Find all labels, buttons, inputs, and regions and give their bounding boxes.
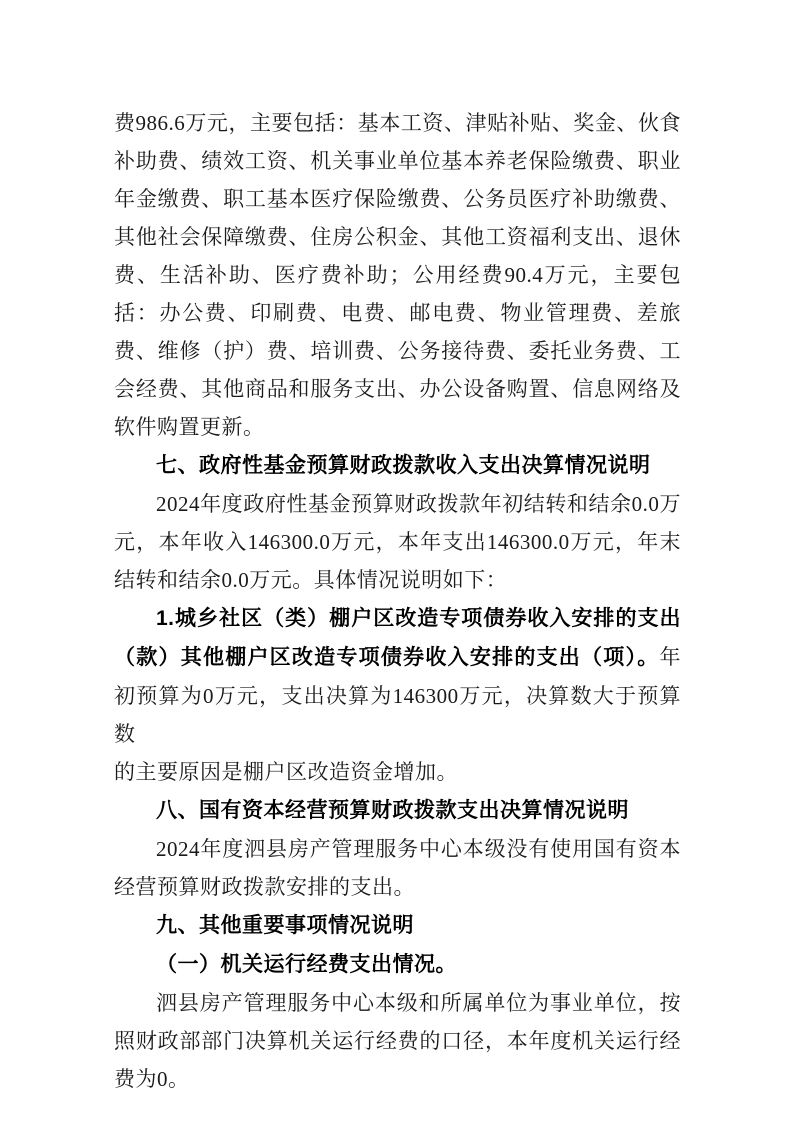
paragraph-line: 补助费、绩效工资、机关事业单位基本养老保险缴费、职业 bbox=[114, 142, 681, 180]
paragraph-line: 照财政部部门决算机关运行经费的口径，本年度机关运行经 bbox=[114, 1022, 681, 1060]
text-run: 年金缴费、职工基本医疗保险缴费、公务员医疗补助缴费、 bbox=[114, 187, 681, 211]
bold-text-run: 八、国有资本经营预算财政拨款支出决算情况说明 bbox=[156, 799, 629, 822]
paragraph-line: 年金缴费、职工基本医疗保险缴费、公务员医疗补助缴费、 bbox=[114, 180, 681, 218]
text-run: 2024年度政府性基金预算财政拨款年初结转和结余0.0万 bbox=[156, 492, 681, 516]
paragraph-line: 软件购置更新。 bbox=[114, 408, 681, 446]
text-run: 结转和结余0.0万元。具体情况说明如下： bbox=[114, 568, 507, 592]
section-heading: 八、国有资本经营预算财政拨款支出决算情况说明 bbox=[114, 791, 681, 830]
bold-text-run: （一）机关运行经费支出情况。 bbox=[156, 953, 457, 976]
document-page: 费986.6万元，主要包括：基本工资、津贴补贴、奖金、伙食补助费、绩效工资、机关… bbox=[0, 0, 793, 1122]
document-content: 费986.6万元，主要包括：基本工资、津贴补贴、奖金、伙食补助费、绩效工资、机关… bbox=[114, 104, 681, 1098]
paragraph-line: 括：办公费、印刷费、电费、邮电费、物业管理费、差旅 bbox=[114, 294, 681, 332]
text-run: 软件购置更新。 bbox=[114, 415, 265, 439]
text-run: 会经费、其他商品和服务支出、办公设备购置、信息网络及 bbox=[114, 377, 681, 401]
paragraph-line: 1.城乡社区（类）棚户区改造专项债券收入安排的支出 bbox=[114, 599, 681, 638]
text-run: 经营预算财政拨款安排的支出。 bbox=[114, 875, 415, 899]
paragraph-line: 结转和结余0.0万元。具体情况说明如下： bbox=[114, 561, 681, 599]
text-run: 初预算为0万元，支出决算为146300万元，决算数大于预算数 bbox=[114, 684, 681, 746]
text-run: 费为0。 bbox=[114, 1067, 190, 1091]
paragraph-line: 经营预算财政拨款安排的支出。 bbox=[114, 868, 681, 906]
paragraph-line: 元，本年收入146300.0万元，本年支出146300.0万元，年末 bbox=[114, 523, 681, 561]
text-run: 括：办公费、印刷费、电费、邮电费、物业管理费、差旅 bbox=[114, 301, 681, 325]
text-run: 2024年度泗县房产管理服务中心本级没有使用国有资本 bbox=[156, 837, 681, 861]
text-run: 费986.6万元，主要包括：基本工资、津贴补贴、奖金、伙食 bbox=[114, 111, 681, 135]
paragraph-line: 费986.6万元，主要包括：基本工资、津贴补贴、奖金、伙食 bbox=[114, 104, 681, 142]
section-heading: 九、其他重要事项情况说明 bbox=[114, 906, 681, 945]
paragraph-line: 其他社会保障缴费、住房公积金、其他工资福利支出、退休 bbox=[114, 218, 681, 256]
paragraph-line: 初预算为0万元，支出决算为146300万元，决算数大于预算数 bbox=[114, 677, 681, 753]
paragraph-line: 会经费、其他商品和服务支出、办公设备购置、信息网络及 bbox=[114, 370, 681, 408]
text-run: 年 bbox=[660, 645, 682, 669]
bold-text-run: 1.城乡社区（类）棚户区改造专项债券收入安排的支出 bbox=[156, 607, 681, 630]
text-run: 补助费、绩效工资、机关事业单位基本养老保险缴费、职业 bbox=[114, 149, 681, 173]
text-run: 的主要原因是棚户区改造资金增加。 bbox=[114, 760, 458, 784]
paragraph-line: 2024年度政府性基金预算财政拨款年初结转和结余0.0万 bbox=[114, 485, 681, 523]
text-run: 元，本年收入146300.0万元，本年支出146300.0万元，年末 bbox=[114, 530, 681, 554]
paragraph-line: 的主要原因是棚户区改造资金增加。 bbox=[114, 753, 681, 791]
bold-text-run: （款）其他棚户区改造专项债券收入安排的支出（项）。 bbox=[114, 646, 660, 669]
text-run: 泗县房产管理服务中心本级和所属单位为事业单位，按 bbox=[156, 991, 681, 1015]
section-heading: （一）机关运行经费支出情况。 bbox=[114, 945, 681, 984]
text-run: 费、维修（护）费、培训费、公务接待费、委托业务费、工 bbox=[114, 339, 681, 363]
paragraph-line: 费、生活补助、医疗费补助；公用经费90.4万元，主要包 bbox=[114, 256, 681, 294]
section-heading: 七、政府性基金预算财政拨款收入支出决算情况说明 bbox=[114, 446, 681, 485]
paragraph-line: 费为0。 bbox=[114, 1060, 681, 1098]
paragraph-line: 费、维修（护）费、培训费、公务接待费、委托业务费、工 bbox=[114, 332, 681, 370]
paragraph-line: 泗县房产管理服务中心本级和所属单位为事业单位，按 bbox=[114, 984, 681, 1022]
paragraph-line: （款）其他棚户区改造专项债券收入安排的支出（项）。年 bbox=[114, 638, 681, 677]
bold-text-run: 七、政府性基金预算财政拨款收入支出决算情况说明 bbox=[156, 454, 651, 477]
text-run: 其他社会保障缴费、住房公积金、其他工资福利支出、退休 bbox=[114, 225, 681, 249]
text-run: 费、生活补助、医疗费补助；公用经费90.4万元，主要包 bbox=[114, 263, 681, 287]
text-run: 照财政部部门决算机关运行经费的口径，本年度机关运行经 bbox=[114, 1029, 681, 1053]
bold-text-run: 九、其他重要事项情况说明 bbox=[156, 914, 414, 937]
paragraph-line: 2024年度泗县房产管理服务中心本级没有使用国有资本 bbox=[114, 830, 681, 868]
